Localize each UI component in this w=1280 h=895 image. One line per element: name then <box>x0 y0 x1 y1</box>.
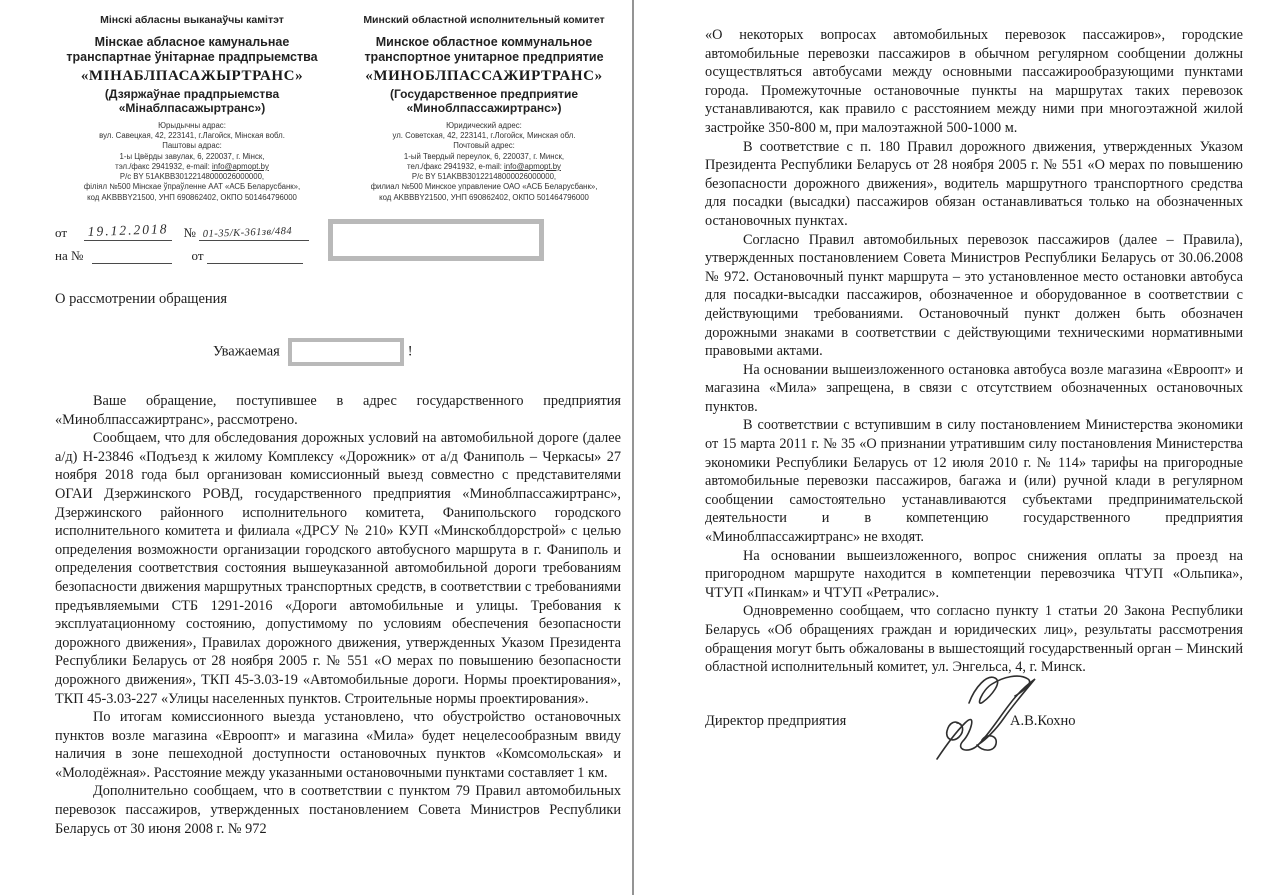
page-2: «О некоторых вопросах автомобильных пере… <box>705 26 1243 730</box>
paragraph: Сообщаем, что для обследования дорожных … <box>55 429 621 708</box>
postal-address-label-by: Паштовы адрас: <box>55 141 329 151</box>
redaction-box-addressee <box>328 219 544 261</box>
salutation-prefix: Уважаемая <box>213 343 280 359</box>
outgoing-date-line: 19.12.2018 <box>84 225 172 241</box>
paragraph: На основании вышеизложенного остановка а… <box>705 361 1243 417</box>
phone-email-by: тэл./факс 2941932, e-mail: info@apmopt.b… <box>55 162 329 172</box>
on-number-label: на № <box>55 248 89 264</box>
legal-address-label-by: Юрыдычны адрас: <box>55 121 329 131</box>
org-codes-ru: код AKBBBY21500, УНП 690862402, ОКПО 501… <box>347 193 621 203</box>
committee-name-by: Мінскі абласны выканаўчы камітэт <box>55 14 329 26</box>
bank-account-by: Р/с BY 51AKBB30122148000026000000, <box>55 172 329 182</box>
salutation-suffix: ! <box>408 343 413 359</box>
ref-row-outgoing: от 19.12.2018 № 01-35/К-361зв/484 <box>55 225 309 241</box>
legal-address-by: вул. Савецкая, 42, 223141, г.Лагойск, Мі… <box>55 131 329 141</box>
salutation: Уважаемая! <box>55 338 621 366</box>
postal-address-by: 1-ы Цвёрды завулак, 6, 220037, г. Мінск, <box>55 152 329 162</box>
from-label: от <box>55 225 81 241</box>
postal-address-label-ru: Почтовый адрес: <box>347 141 621 151</box>
signer-name: А.В.Кохно <box>1010 713 1076 730</box>
paragraph: В соответствии с вступившим в силу поста… <box>705 416 1243 546</box>
outgoing-number-line: 01-35/К-361зв/484 <box>199 225 309 241</box>
incoming-number-line <box>92 248 172 264</box>
letter-body-page1: Ваше обращение, поступившее в адрес госу… <box>55 392 621 838</box>
org-sub-ru: (Государственное предприятие «Миноблпасс… <box>347 87 621 116</box>
org-name-by: «МІНАБЛПАСАЖЫРТРАНС» <box>55 68 329 85</box>
signature-block: Директор предприятия А.В.Кохно <box>705 713 1243 730</box>
email-link-ru: info@apmopt.by <box>504 162 561 171</box>
page-1: Мінскі абласны выканаўчы камітэт Мінскае… <box>55 14 621 838</box>
phone-by: тэл./факс 2941932, e-mail: <box>115 162 212 171</box>
email-link-by: info@apmopt.by <box>212 162 269 171</box>
bank-account-ru: Р/с BY 51AKBB30122148000026000000, <box>347 172 621 182</box>
phone-email-ru: тел./факс 2941932, e-mail: info@apmopt.b… <box>347 162 621 172</box>
paragraph: На основании вышеизложенного, вопрос сни… <box>705 547 1243 603</box>
ref-row-incoming: на № от <box>55 248 303 264</box>
incoming-date-line <box>207 248 303 264</box>
phone-ru: тел./факс 2941932, e-mail: <box>407 162 504 171</box>
reference-block: от 19.12.2018 № 01-35/К-361зв/484 на № о… <box>55 217 621 269</box>
paragraph: Дополнительно сообщаем, что в соответств… <box>55 782 621 838</box>
paragraph-continuation: «О некоторых вопросах автомобильных пере… <box>705 26 1243 138</box>
address-block-ru: Юридический адрес: ул. Советская, 42, 22… <box>347 121 621 203</box>
legal-address-label-ru: Юридический адрес: <box>347 121 621 131</box>
paragraph: В соответствие с п. 180 Правил дорожного… <box>705 138 1243 231</box>
from2-label: от <box>192 248 204 264</box>
letterhead-belarusian: Мінскі абласны выканаўчы камітэт Мінскае… <box>55 14 329 203</box>
legal-address-ru: ул. Советская, 42, 223141, г.Логойск, Ми… <box>347 131 621 141</box>
paragraph: Согласно Правил автомобильных перевозок … <box>705 231 1243 361</box>
number-label: № <box>184 225 196 241</box>
org-codes-by: код AKBBBY21500, УНП 690862402, ОКПО 501… <box>55 193 329 203</box>
bank-branch-by: філіял №500 Мінскае ўпраўленне ААТ «АСБ … <box>55 182 329 192</box>
paragraph: По итогам комиссионного выезда установле… <box>55 708 621 782</box>
signer-title: Директор предприятия <box>705 713 846 730</box>
letterhead-russian: Минский областной исполнительный комитет… <box>347 14 621 203</box>
committee-name-ru: Минский областной исполнительный комитет <box>347 14 621 26</box>
subject-line: О рассмотрении обращения <box>55 291 621 308</box>
bank-branch-ru: филиал №500 Минское управление ОАО «АСБ … <box>347 182 621 192</box>
postal-address-ru: 1-ый Твердый переулок, 6, 220037, г. Мин… <box>347 152 621 162</box>
paragraph: Ваше обращение, поступившее в адрес госу… <box>55 392 621 429</box>
handwritten-number: 01-35/К-361зв/484 <box>203 226 293 240</box>
org-line-ru: Минское областное коммунальное транспорт… <box>347 35 621 66</box>
org-line-by: Мінскае абласное камунальнае транспартна… <box>55 35 329 66</box>
scanned-letter: Мінскі абласны выканаўчы камітэт Мінскае… <box>0 0 1280 895</box>
handwritten-date: 19.12.2018 <box>88 221 169 240</box>
letterhead: Мінскі абласны выканаўчы камітэт Мінскае… <box>55 14 621 203</box>
letter-body-page2: «О некоторых вопросах автомобильных пере… <box>705 26 1243 677</box>
org-sub-by: (Дзяржаўнае прадпрыемства «Мінаблпасажыр… <box>55 87 329 116</box>
page-divider <box>632 0 634 895</box>
address-block-by: Юрыдычны адрас: вул. Савецкая, 42, 22314… <box>55 121 329 203</box>
redaction-box-name <box>288 338 404 366</box>
org-name-ru: «МИНОБЛПАССАЖИРТРАНС» <box>347 68 621 85</box>
